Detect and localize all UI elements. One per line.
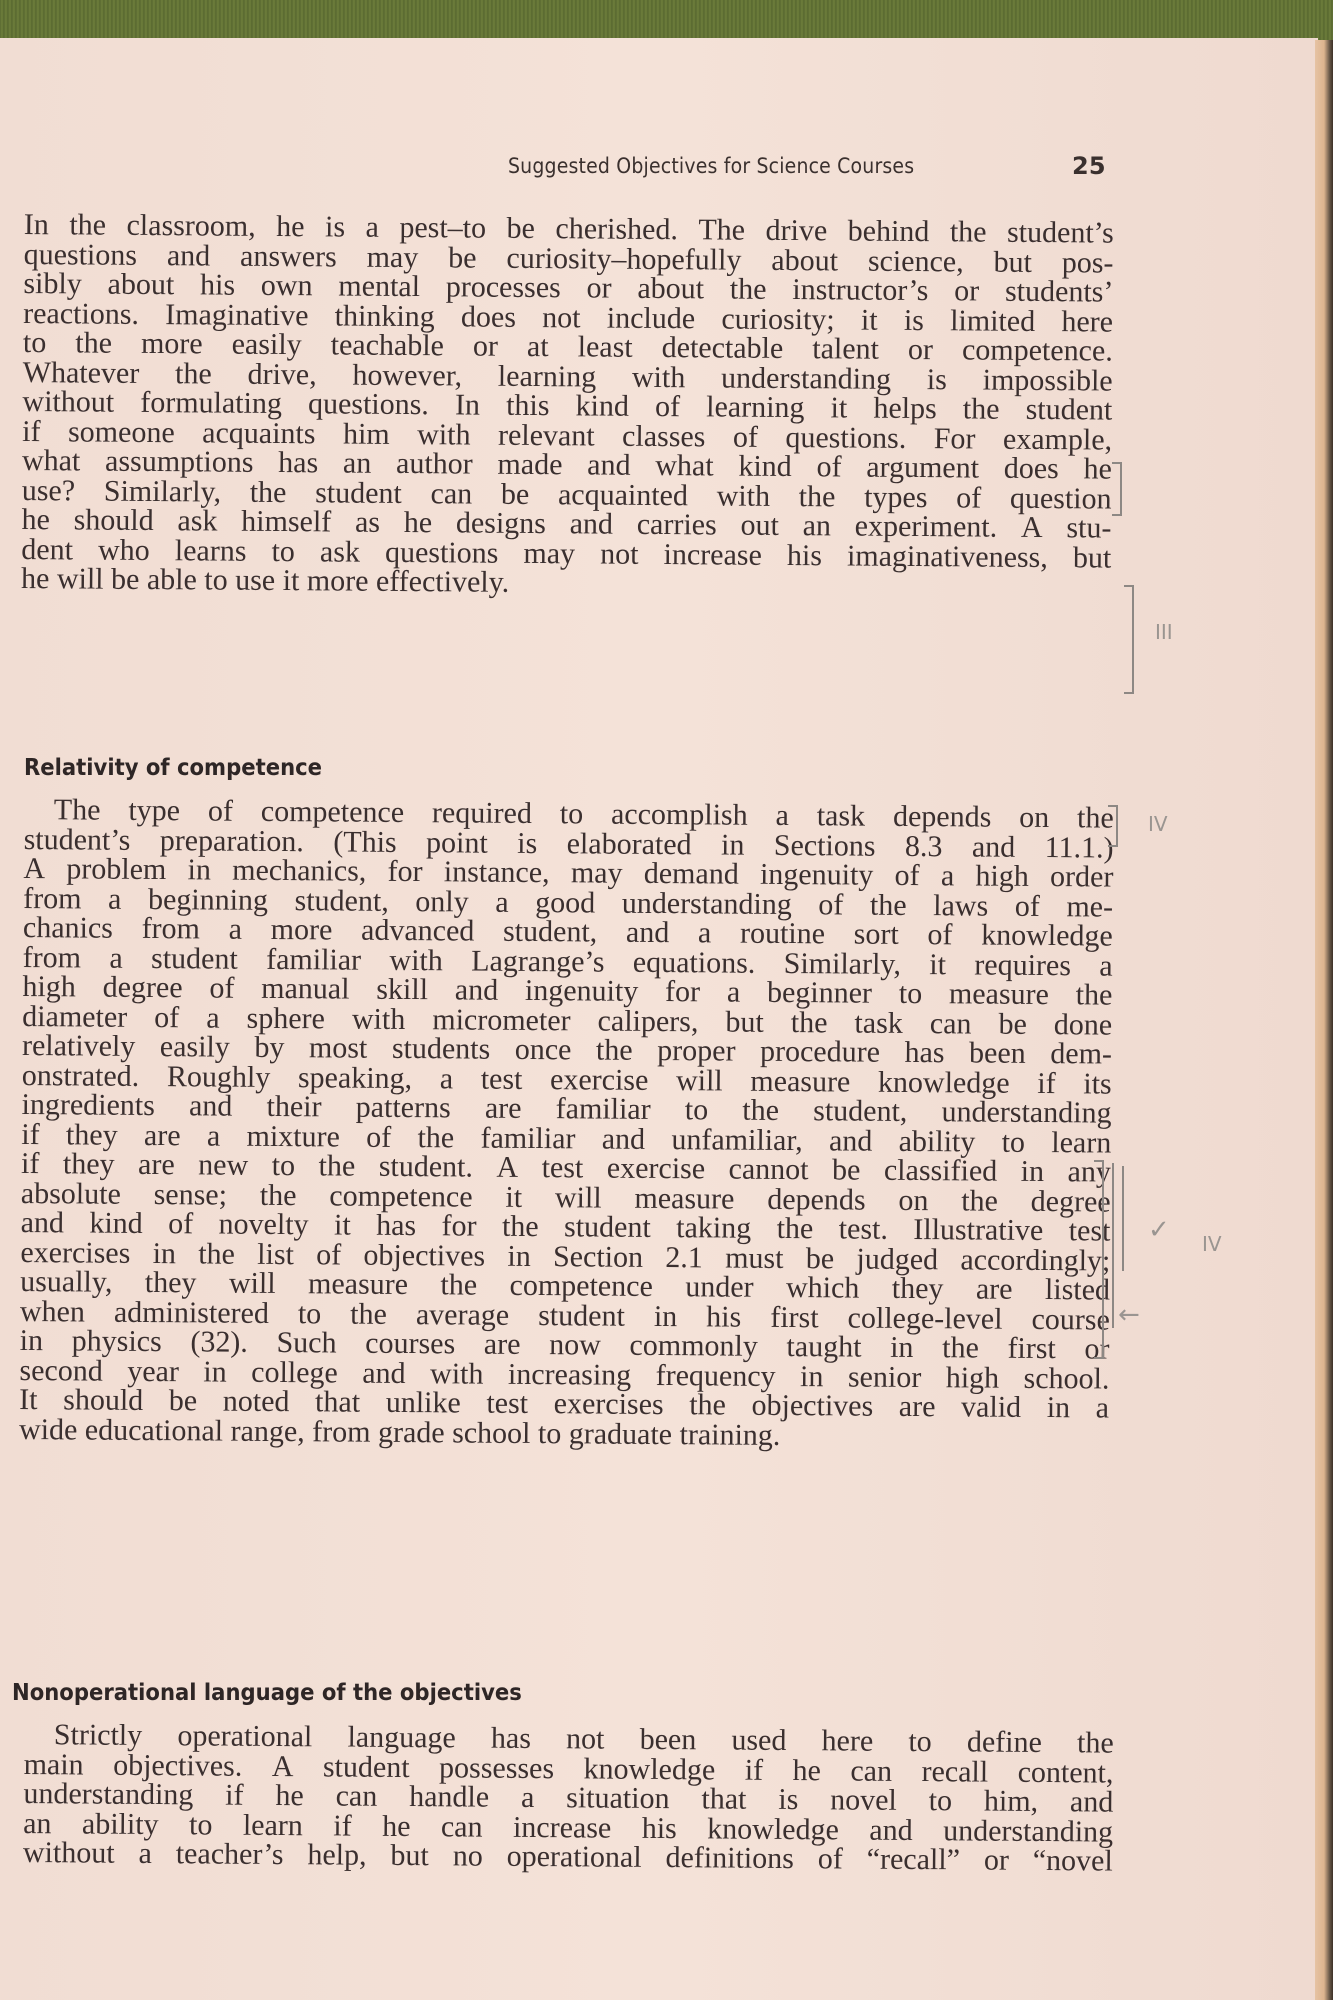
page-stack-edge bbox=[1315, 40, 1333, 2000]
margin-note-iv-2: IV bbox=[1202, 1232, 1222, 1256]
pencil-bracket-icon bbox=[1094, 1160, 1104, 1359]
pencil-bracket-icon bbox=[1108, 805, 1118, 847]
checkmark-icon: ✓ bbox=[1148, 1215, 1170, 1245]
pencil-bracket-icon bbox=[1112, 462, 1122, 516]
pencil-line-icon bbox=[1122, 1166, 1124, 1271]
margin-note-iii: III bbox=[1155, 620, 1173, 644]
section-heading-relativity: Relativity of competence bbox=[24, 755, 322, 781]
pencil-bracket-icon bbox=[1124, 585, 1134, 694]
paragraph-nonoperational: Strictlyoperationallanguagehasnotbeenuse… bbox=[23, 1720, 1114, 1876]
pencil-line-icon bbox=[1112, 1163, 1114, 1328]
margin-note-iv: IV bbox=[1148, 812, 1168, 836]
page-number: 25 bbox=[1072, 152, 1106, 180]
section-heading-nonoperational: Nonoperational language of the objective… bbox=[12, 1680, 522, 1706]
paragraph-curiosity: Intheclassroom,heisapest–tobecherished.T… bbox=[21, 210, 1114, 602]
paragraph-relativity: Thetypeofcompetencerequiredtoaccomplisha… bbox=[19, 795, 1114, 1453]
running-head-title: Suggested Objectives for Science Courses bbox=[508, 154, 914, 178]
arrow-left-icon: ← bbox=[1118, 1300, 1140, 1330]
running-head: Suggested Objectives for Science Courses… bbox=[508, 150, 1108, 190]
